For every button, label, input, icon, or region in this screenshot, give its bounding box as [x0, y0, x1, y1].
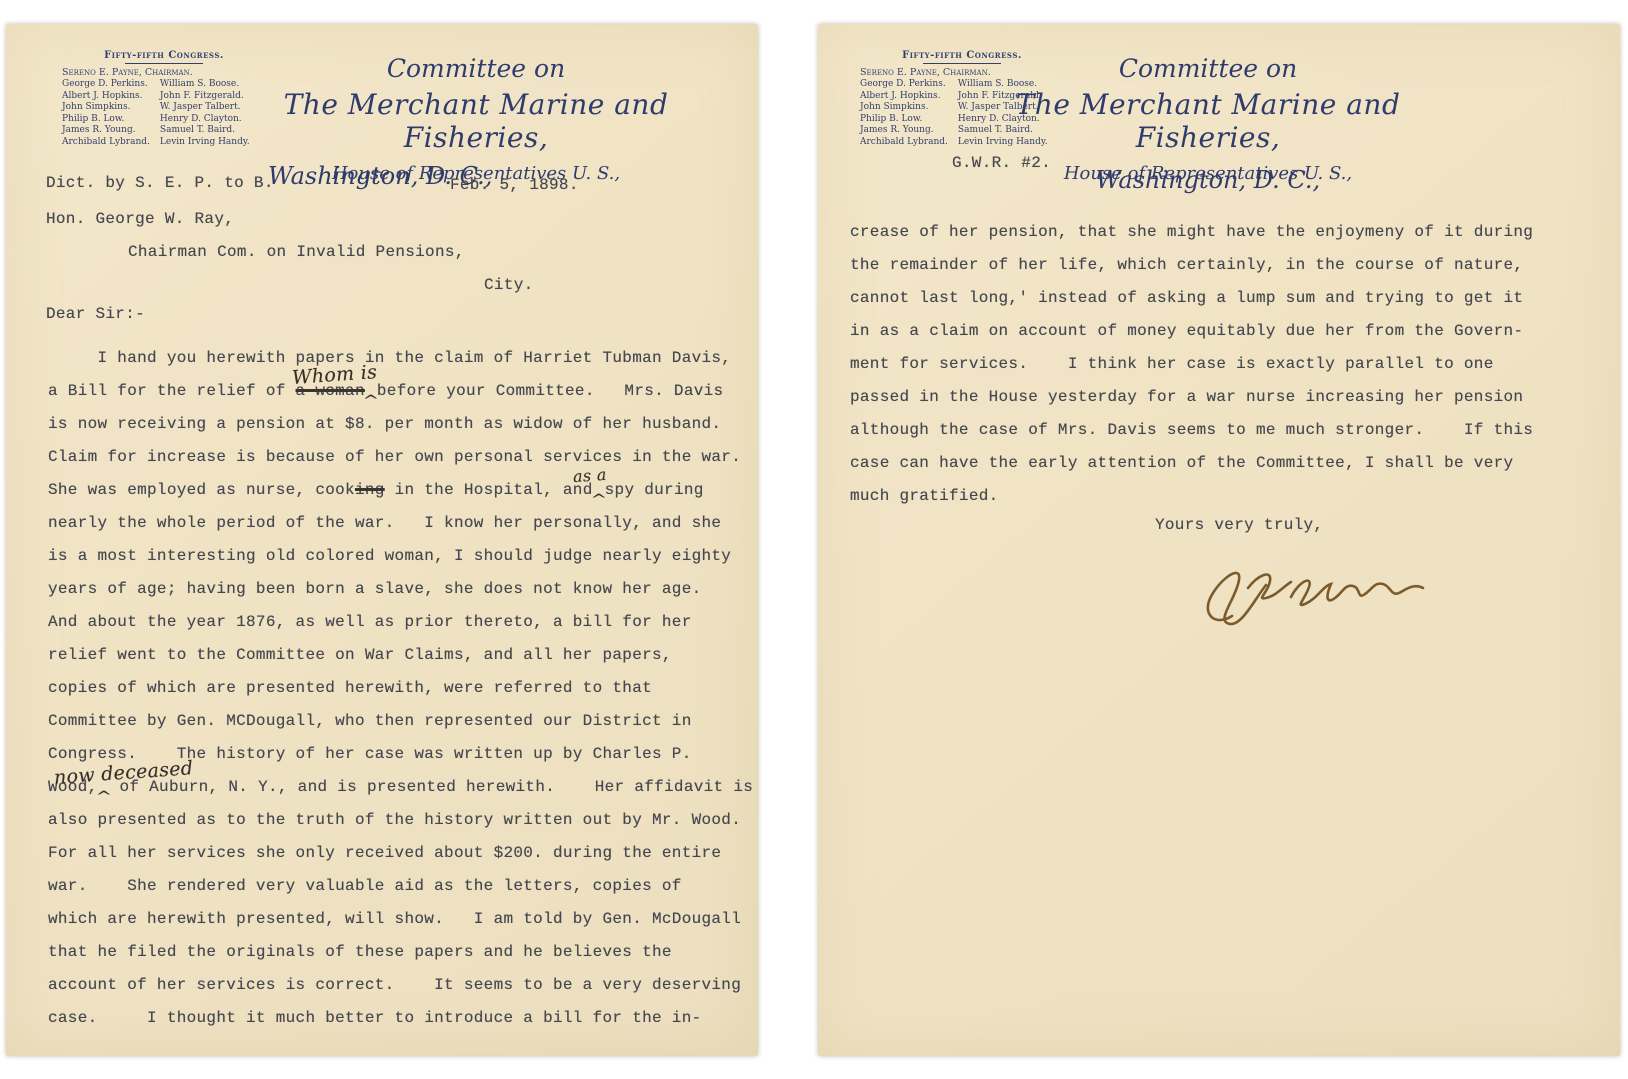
letter-body-page2: crease of her pension, that she might ha…	[850, 216, 1533, 513]
recipient-city: City.	[484, 276, 534, 294]
caret-mark: ^	[95, 781, 112, 814]
member-name: Albert J. Hopkins.	[62, 91, 150, 103]
letter-line: cannot last long,' instead of asking a l…	[850, 282, 1533, 315]
typed-text: She was employed as nurse, cook	[48, 481, 355, 499]
salutation: Dear Sir:-	[46, 305, 145, 323]
member-name: James R. Young.	[860, 125, 948, 137]
letter-line: crease of her pension, that she might ha…	[850, 216, 1533, 249]
letter-page-1: Fifty-fifth Congress. Sereno E. Payne, C…	[6, 24, 758, 1056]
dictation-note: Dict. by S. E. P. to B.	[46, 174, 274, 192]
committee-on: Committee on	[216, 54, 736, 83]
typed-text: in the Hospital, and	[385, 481, 593, 499]
letter-line: For all her services she only received a…	[48, 837, 753, 870]
typed-text: before your Committee. Mrs. Davis	[377, 382, 724, 400]
edited-phrase: now deceasedWood,	[48, 771, 98, 804]
letter-line: the remainder of her life, which certain…	[850, 249, 1533, 282]
letter-line: much gratified.	[850, 480, 1533, 513]
member-name: George D. Perkins.	[860, 79, 948, 91]
letter-line: passed in the House yesterday for a war …	[850, 381, 1533, 414]
letter-line-with-edit: She was employed as nurse, cooking in th…	[48, 474, 753, 507]
letter-line: years of age; having been born a slave, …	[48, 573, 753, 606]
letter-line-with-edit: a Bill for the relief of Whom isa woman^…	[48, 375, 753, 408]
letter-line: copies of which are presented herewith, …	[48, 672, 753, 705]
letter-line: although the case of Mrs. Davis seems to…	[850, 414, 1533, 447]
letter-line: also presented as to the truth of the hi…	[48, 804, 753, 837]
letterhead-rule	[125, 63, 203, 64]
closing-line: Yours very truly,	[1155, 516, 1323, 534]
letter-line: is a most interesting old colored woman,…	[48, 540, 753, 573]
signature	[1196, 542, 1426, 642]
typed-text: of Auburn, N. Y., and is presented herew…	[110, 778, 754, 796]
letter-line: in as a claim on account of money equita…	[850, 315, 1533, 348]
caret-mark: ^	[590, 484, 607, 517]
committee-name: The Merchant Marine and Fisheries,	[216, 88, 736, 154]
letter-line-with-edit: now deceasedWood,^ of Auburn, N. Y., and…	[48, 771, 753, 804]
edited-phrase: as a^	[593, 474, 605, 507]
recipient-name: Hon. George W. Ray,	[46, 210, 234, 228]
letter-line: Claim for increase is because of her own…	[48, 441, 753, 474]
member-name: Philip B. Low.	[860, 114, 948, 126]
letter-line: that he filed the originals of these pap…	[48, 936, 753, 969]
letter-date: Feb. 5, 1898.	[450, 176, 579, 194]
letter-line: war. She rendered very valuable aid as t…	[48, 870, 753, 903]
letter-line: case can have the early attention of the…	[850, 447, 1533, 480]
letter-line: relief went to the Committee on War Clai…	[48, 639, 753, 672]
member-name: Archibald Lybrand.	[860, 137, 948, 149]
letter-line: I hand you herewith papers in the claim …	[48, 342, 753, 375]
members-column-left: George D. Perkins. Albert J. Hopkins. Jo…	[860, 79, 948, 149]
member-name: Archibald Lybrand.	[62, 137, 150, 149]
recipient-title: Chairman Com. on Invalid Pensions,	[128, 243, 465, 261]
member-name: James R. Young.	[62, 125, 150, 137]
typed-text: a Bill for the relief of	[48, 382, 296, 400]
letter-line: ment for services. I think her case is e…	[850, 348, 1533, 381]
letter-line: is now receiving a pension at $8. per mo…	[48, 408, 753, 441]
letter-line: Committee by Gen. MCDougall, who then re…	[48, 705, 753, 738]
letter-body-page1: I hand you herewith papers in the claim …	[48, 342, 753, 1035]
members-column-left: George D. Perkins. Albert J. Hopkins. Jo…	[62, 79, 150, 149]
member-name: John Simpkins.	[62, 102, 150, 114]
typed-text: spy during	[605, 481, 704, 499]
committee-on: Committee on	[948, 54, 1468, 83]
member-name: Philip B. Low.	[62, 114, 150, 126]
washington-line: Washington, D. C.,	[948, 166, 1468, 194]
member-name: Albert J. Hopkins.	[860, 91, 948, 103]
letter-line: And about the year 1876, as well as prio…	[48, 606, 753, 639]
letter-page-2: Fifty-fifth Congress. Sereno E. Payne, C…	[818, 24, 1620, 1056]
letter-line: account of her services is correct. It s…	[48, 969, 753, 1002]
signature-flourish	[1196, 542, 1426, 637]
committee-name: The Merchant Marine and Fisheries,	[948, 88, 1468, 154]
strikethrough-text: ing	[355, 481, 385, 499]
letter-line: nearly the whole period of the war. I kn…	[48, 507, 753, 540]
member-name: John Simpkins.	[860, 102, 948, 114]
member-name: George D. Perkins.	[62, 79, 150, 91]
edited-phrase: Whom isa woman	[296, 375, 365, 408]
letter-line: case. I thought it much better to introd…	[48, 1002, 753, 1035]
caret-mark: ^	[362, 385, 379, 418]
letter-line: which are herewith presented, will show.…	[48, 903, 753, 936]
